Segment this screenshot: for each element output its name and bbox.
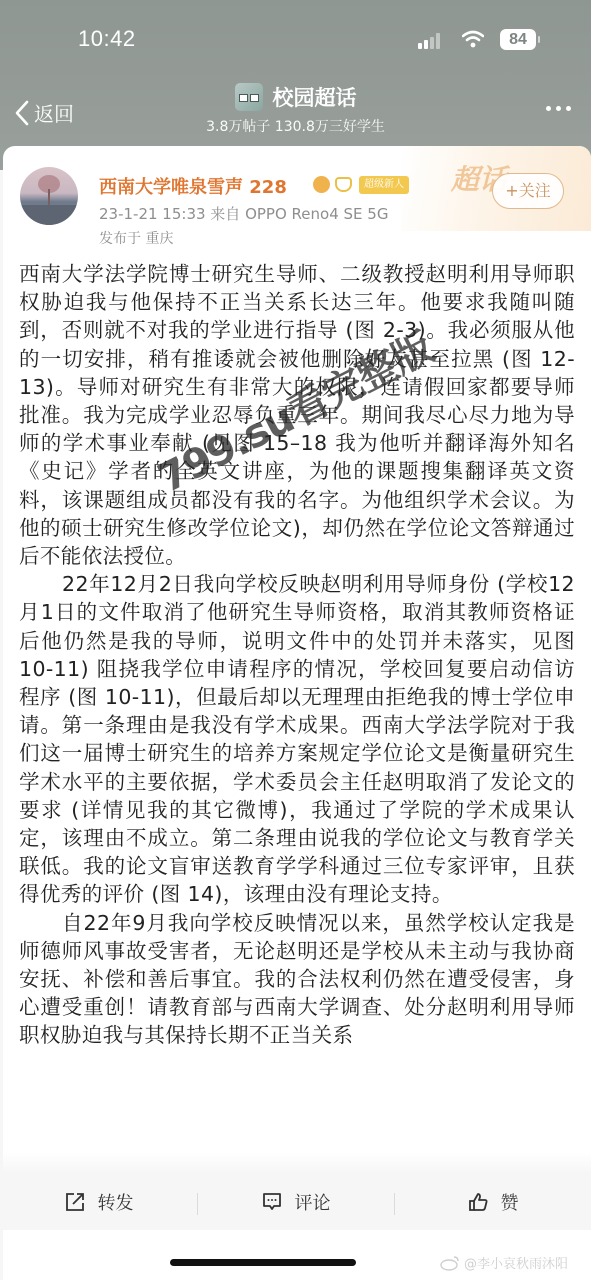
post-body: 西南大学法学院博士研究生导师、二级教授赵明利用导师职权胁迫我与他保持不正当关系长…: [19, 260, 575, 1050]
cellular-signal-icon: [418, 33, 440, 49]
repost-label: 转发: [98, 1189, 134, 1215]
corner-watermark: @李小哀秋雨沐阳: [440, 1253, 568, 1272]
more-icon[interactable]: [546, 106, 571, 111]
topic-stats: 3.8万帖子 130.8万三好学生: [0, 116, 591, 136]
level-badge: 超级新人: [359, 176, 409, 194]
topic-icon: [235, 83, 263, 111]
crown-badge-icon: [313, 176, 330, 193]
post-paragraph: 西南大学法学院博士研究生导师、二级教授赵明利用导师职权胁迫我与他保持不正当关系长…: [19, 260, 575, 570]
post-paragraph: 22年12月2日我向学校反映赵明利用导师身份 (学校12月1日的文件取消了他研究…: [19, 570, 575, 908]
comment-label: 评论: [295, 1189, 331, 1215]
post-paragraph: 自22年9月我向学校反映情况以来，虽然学校认定我是师德师风事故受害者，无论赵明还…: [19, 909, 575, 1050]
corner-watermark-text: @李小哀秋雨沐阳: [464, 1253, 568, 1272]
repost-button[interactable]: 转发: [0, 1189, 197, 1215]
wifi-icon: [462, 30, 484, 48]
weibo-logo-icon: [440, 1255, 460, 1271]
avatar[interactable]: [20, 167, 78, 225]
home-indicator[interactable]: [170, 1259, 356, 1266]
post-timestamp-source: 23-1-21 15:33 来自 OPPO Reno4 SE 5G: [99, 203, 388, 224]
diamond-badge-icon: [335, 177, 352, 192]
thumbs-up-icon: [467, 1191, 489, 1213]
page-title: 校园超话: [273, 82, 357, 112]
status-time: 10:42: [78, 26, 136, 52]
post-card: 超话 +关注 西南大学唯泉雪声 228 超级新人 23-1-21 15:33 来…: [3, 146, 591, 1280]
author-name[interactable]: 西南大学唯泉雪声 228: [99, 173, 287, 199]
nav-bar: 返回 校园超话 3.8万帖子 130.8万三好学生: [0, 76, 591, 142]
like-button[interactable]: 赞: [394, 1189, 591, 1215]
comment-button[interactable]: 评论: [197, 1189, 394, 1215]
follow-button[interactable]: +关注: [492, 173, 564, 209]
comment-icon: [261, 1191, 283, 1213]
repost-icon: [64, 1191, 86, 1213]
post-location: 发布于 重庆: [99, 228, 173, 248]
battery-icon: 84: [500, 29, 536, 50]
status-bar: 10:42 84: [0, 0, 591, 70]
action-bar: 转发 评论 赞: [0, 1174, 591, 1230]
like-label: 赞: [501, 1189, 519, 1215]
topic-header[interactable]: 校园超话 3.8万帖子 130.8万三好学生: [0, 82, 591, 136]
